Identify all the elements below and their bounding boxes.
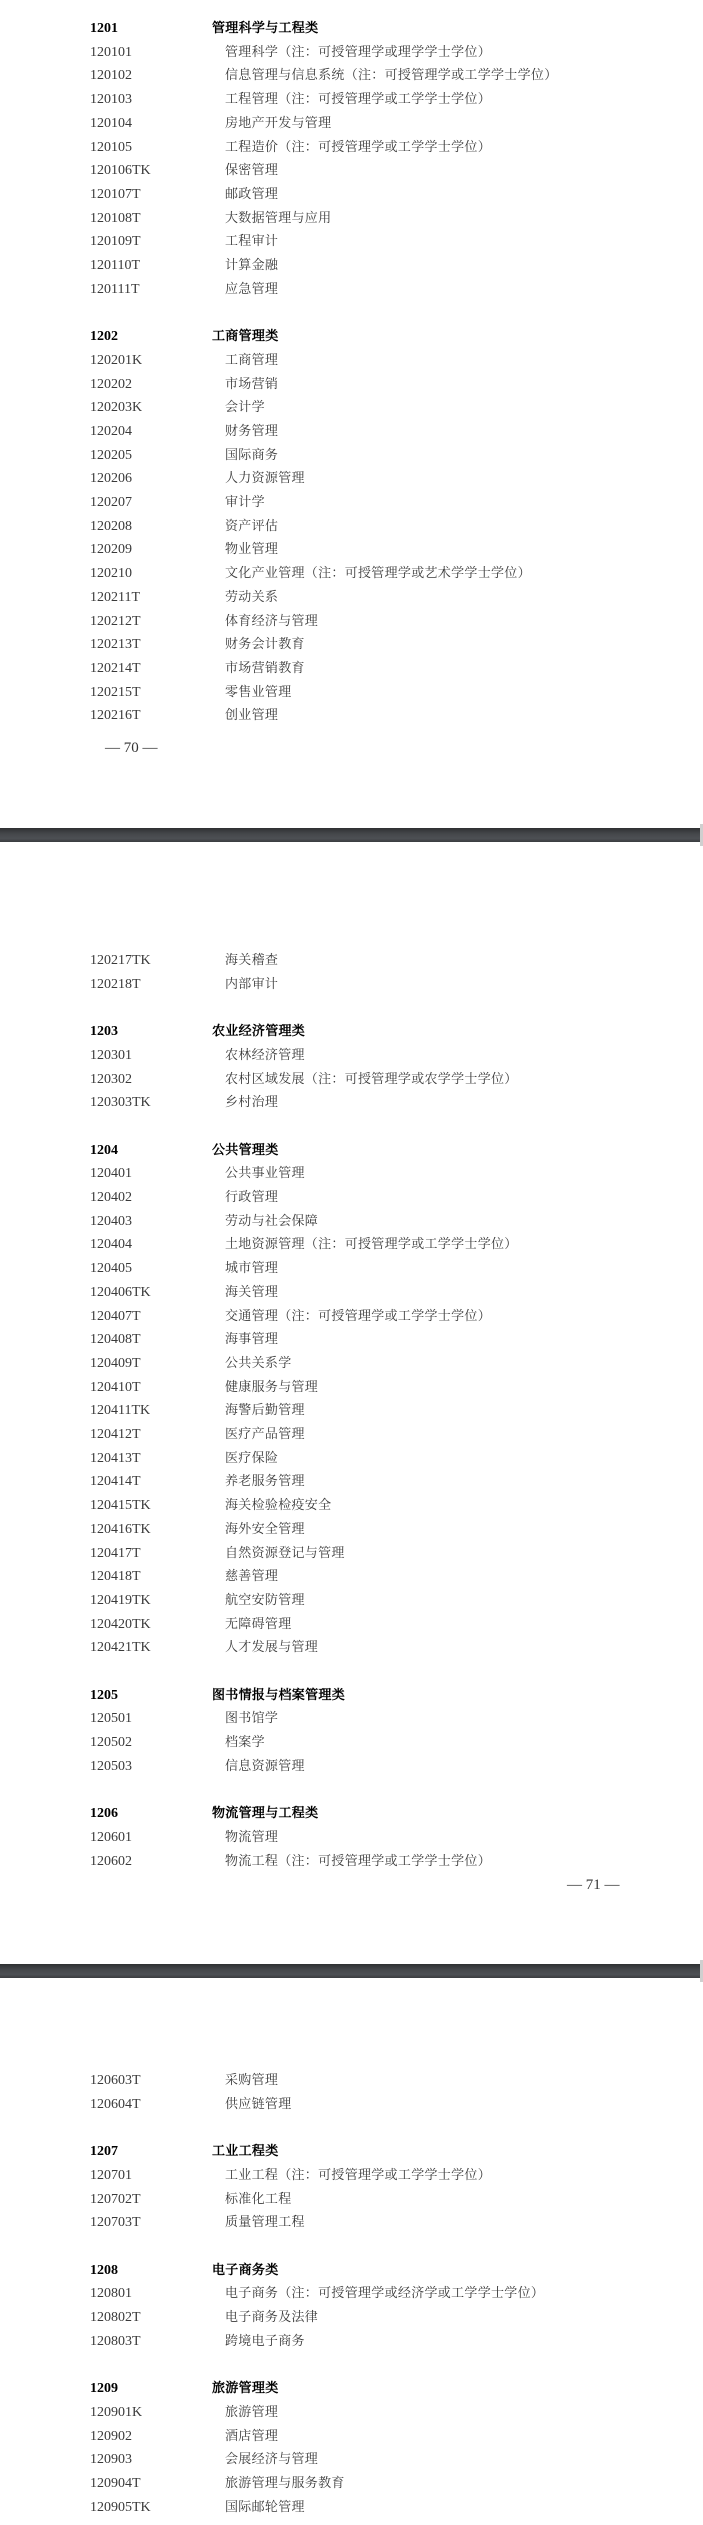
major-row: 120205国际商务 [0,444,703,467]
major-code: 120701 [90,2164,132,2187]
category-header-row: 1201管理科学与工程类 [0,17,703,40]
major-code: 120702T [90,2188,141,2211]
major-row: 120803T跨境电子商务 [0,2330,703,2353]
major-code: 120803T [90,2330,141,2353]
major-row: 120108T大数据管理与应用 [0,207,703,230]
major-name: 慈善管理 [225,1565,278,1588]
major-code: 120412T [90,1423,141,1446]
major-row: 120207审计学 [0,491,703,514]
category-title: 旅游管理类 [212,2377,279,2400]
major-code: 120404 [90,1233,132,1256]
major-code: 120502 [90,1731,132,1754]
category-title: 物流管理与工程类 [212,1802,318,1825]
major-code: 120104 [90,112,132,135]
major-code: 120410T [90,1376,141,1399]
major-row: 120601物流管理 [0,1826,703,1849]
category-title: 工商管理类 [212,325,279,348]
major-code: 120203K [90,396,142,419]
major-row: 120101管理科学（注：可授管理学或理学学士学位） [0,41,703,64]
major-row: 120412T医疗产品管理 [0,1423,703,1446]
major-code: 120901K [90,2401,142,2424]
major-row: 120201K工商管理 [0,349,703,372]
major-row: 120413T医疗保险 [0,1447,703,1470]
category-code: 1204 [90,1139,118,1162]
major-code: 120603T [90,2069,141,2092]
category-header-row: 1207工业工程类 [0,2140,703,2163]
page-number: — 70 — [105,740,158,757]
major-row: 120214T市场营销教育 [0,657,703,680]
major-row: 120110T计算金融 [0,254,703,277]
category-title: 管理科学与工程类 [212,17,318,40]
category-header-row: 1205图书情报与档案管理类 [0,1684,703,1707]
major-code: 120216T [90,704,141,727]
major-code: 120602 [90,1850,132,1873]
major-name: 人力资源管理 [225,467,305,490]
major-name: 无障碍管理 [225,1613,292,1636]
major-code: 120205 [90,444,132,467]
major-name: 工程管理（注：可授管理学或工学学士学位） [225,88,491,111]
major-row: 120416TK海外安全管理 [0,1518,703,1541]
major-code: 120302 [90,1068,132,1091]
major-row: 120107T邮政管理 [0,183,703,206]
major-name: 档案学 [225,1731,265,1754]
major-row: 120904T旅游管理与服务教育 [0,2472,703,2495]
major-row: 120405城市管理 [0,1257,703,1280]
major-name: 跨境电子商务 [225,2330,305,2353]
major-name: 会展经济与管理 [225,2448,318,2471]
major-row: 120303TK乡村治理 [0,1091,703,1114]
major-row: 120407T交通管理（注：可授管理学或工学学士学位） [0,1305,703,1328]
major-code: 120420TK [90,1613,151,1636]
major-name: 人才发展与管理 [225,1636,318,1659]
category-code: 1209 [90,2377,118,2400]
major-code: 120218T [90,973,141,996]
major-row: 120105工程造价（注：可授管理学或工学学士学位） [0,136,703,159]
category-code: 1201 [90,17,118,40]
major-name: 航空安防管理 [225,1589,305,1612]
major-row: 120209物业管理 [0,538,703,561]
major-name: 土地资源管理（注：可授管理学或工学学士学位） [225,1233,518,1256]
major-code: 120108T [90,207,141,230]
major-code: 120403 [90,1210,132,1233]
major-name: 交通管理（注：可授管理学或工学学士学位） [225,1305,491,1328]
major-row: 120502档案学 [0,1731,703,1754]
major-name: 保密管理 [225,159,278,182]
major-code: 120902 [90,2425,132,2448]
major-name: 海关管理 [225,1281,278,1304]
major-code: 120109T [90,230,141,253]
major-name: 公共事业管理 [225,1162,305,1185]
major-name: 物流工程（注：可授管理学或工学学士学位） [225,1850,491,1873]
major-name: 市场营销 [225,373,278,396]
major-code: 120503 [90,1755,132,1778]
major-row: 120202市场营销 [0,373,703,396]
major-code: 120411TK [90,1399,150,1422]
category-header-row: 1204公共管理类 [0,1139,703,1162]
major-row: 120106TK保密管理 [0,159,703,182]
major-row: 120109T工程审计 [0,230,703,253]
major-row: 120111T应急管理 [0,278,703,301]
major-row: 120404土地资源管理（注：可授管理学或工学学士学位） [0,1233,703,1256]
major-name: 市场营销教育 [225,657,305,680]
major-name: 图书馆学 [225,1707,278,1730]
major-name: 信息资源管理 [225,1755,305,1778]
major-row: 120104房地产开发与管理 [0,112,703,135]
major-row: 120403劳动与社会保障 [0,1210,703,1233]
major-row: 120410T健康服务与管理 [0,1376,703,1399]
major-code: 120107T [90,183,141,206]
major-name: 电子商务及法律 [225,2306,318,2329]
major-name: 采购管理 [225,2069,278,2092]
major-name: 电子商务（注：可授管理学或经济学或工学学士学位） [225,2282,544,2305]
page-number: — 71 — [567,1877,620,1894]
major-row: 120208资产评估 [0,515,703,538]
major-row: 120802T电子商务及法律 [0,2306,703,2329]
major-name: 旅游管理 [225,2401,278,2424]
major-row: 120302农村区域发展（注：可授管理学或农学学士学位） [0,1068,703,1091]
major-row: 120411TK海警后勤管理 [0,1399,703,1422]
major-name: 会计学 [225,396,265,419]
major-code: 120417T [90,1542,141,1565]
major-code: 120904T [90,2472,141,2495]
major-name: 劳动关系 [225,586,278,609]
category-code: 1202 [90,325,118,348]
major-code: 120106TK [90,159,151,182]
major-code: 120101 [90,41,132,64]
major-name: 审计学 [225,491,265,514]
major-row: 120420TK无障碍管理 [0,1613,703,1636]
major-code: 120801 [90,2282,132,2305]
major-code: 120212T [90,610,141,633]
category-header-row: 1206物流管理与工程类 [0,1802,703,1825]
major-row: 120212T体育经济与管理 [0,610,703,633]
major-code: 120604T [90,2093,141,2116]
major-row: 120602物流工程（注：可授管理学或工学学士学位） [0,1850,703,1873]
major-code: 120201K [90,349,142,372]
category-title: 农业经济管理类 [212,1020,305,1043]
major-row: 120419TK航空安防管理 [0,1589,703,1612]
major-code: 120211T [90,586,140,609]
major-code: 120110T [90,254,140,277]
major-code: 120210 [90,562,132,585]
major-row: 120406TK海关管理 [0,1281,703,1304]
major-name: 供应链管理 [225,2093,292,2116]
major-name: 酒店管理 [225,2425,278,2448]
major-name: 农村区域发展（注：可授管理学或农学学士学位） [225,1068,518,1091]
category-code: 1208 [90,2259,118,2282]
major-row: 120102信息管理与信息系统（注：可授管理学或工学学士学位） [0,64,703,87]
major-code: 120303TK [90,1091,151,1114]
page-break-separator [0,1964,700,1978]
major-name: 海警后勤管理 [225,1399,305,1422]
major-row: 120903会展经济与管理 [0,2448,703,2471]
major-name: 工业工程（注：可授管理学或工学学士学位） [225,2164,491,2187]
major-row: 120901K旅游管理 [0,2401,703,2424]
major-name: 工商管理 [225,349,278,372]
major-row: 120218T内部审计 [0,973,703,996]
major-name: 体育经济与管理 [225,610,318,633]
major-name: 物业管理 [225,538,278,561]
major-name: 资产评估 [225,515,278,538]
major-name: 大数据管理与应用 [225,207,331,230]
major-code: 120206 [90,467,132,490]
major-row: 120415TK海关检验检疫安全 [0,1494,703,1517]
category-header-row: 1203农业经济管理类 [0,1020,703,1043]
major-code: 120209 [90,538,132,561]
category-header-row: 1208电子商务类 [0,2259,703,2282]
major-row: 120701工业工程（注：可授管理学或工学学士学位） [0,2164,703,2187]
major-row: 120210文化产业管理（注：可授管理学或艺术学学士学位） [0,562,703,585]
major-name: 创业管理 [225,704,278,727]
major-name: 内部审计 [225,973,278,996]
major-name: 质量管理工程 [225,2211,305,2234]
major-code: 120217TK [90,949,151,972]
major-name: 国际商务 [225,444,278,467]
major-code: 120416TK [90,1518,151,1541]
major-name: 医疗保险 [225,1447,278,1470]
major-name: 标准化工程 [225,2188,292,2211]
major-row: 120402行政管理 [0,1186,703,1209]
major-code: 120903 [90,2448,132,2471]
major-code: 120401 [90,1162,132,1185]
major-name: 应急管理 [225,278,278,301]
major-code: 120413T [90,1447,141,1470]
major-row: 120702T标准化工程 [0,2188,703,2211]
major-name: 健康服务与管理 [225,1376,318,1399]
major-name: 管理科学（注：可授管理学或理学学士学位） [225,41,491,64]
major-name: 公共关系学 [225,1352,292,1375]
major-name: 海关检验检疫安全 [225,1494,331,1517]
major-code: 120405 [90,1257,132,1280]
major-row: 120421TK人才发展与管理 [0,1636,703,1659]
major-name: 计算金融 [225,254,278,277]
major-name: 物流管理 [225,1826,278,1849]
category-title: 图书情报与档案管理类 [212,1684,345,1707]
major-code: 120408T [90,1328,141,1351]
major-row: 120103工程管理（注：可授管理学或工学学士学位） [0,88,703,111]
major-name: 养老服务管理 [225,1470,305,1493]
major-name: 医疗产品管理 [225,1423,305,1446]
major-code: 120407T [90,1305,141,1328]
major-row: 120401公共事业管理 [0,1162,703,1185]
major-code: 120301 [90,1044,132,1067]
category-title: 电子商务类 [212,2259,279,2282]
major-name: 农林经济管理 [225,1044,305,1067]
major-name: 文化产业管理（注：可授管理学或艺术学学士学位） [225,562,531,585]
major-row: 120215T零售业管理 [0,681,703,704]
major-row: 120203K会计学 [0,396,703,419]
major-name: 劳动与社会保障 [225,1210,318,1233]
major-row: 120905TK国际邮轮管理 [0,2496,703,2519]
category-title: 工业工程类 [212,2140,279,2163]
major-code: 120414T [90,1470,141,1493]
major-code: 120102 [90,64,132,87]
major-row: 120503信息资源管理 [0,1755,703,1778]
major-row: 120417T自然资源登记与管理 [0,1542,703,1565]
major-name: 海外安全管理 [225,1518,305,1541]
major-name: 行政管理 [225,1186,278,1209]
major-row: 120204财务管理 [0,420,703,443]
major-code: 120406TK [90,1281,151,1304]
major-name: 邮政管理 [225,183,278,206]
major-code: 120204 [90,420,132,443]
major-row: 120409T公共关系学 [0,1352,703,1375]
major-code: 120103 [90,88,132,111]
major-row: 120703T质量管理工程 [0,2211,703,2234]
major-row: 120501图书馆学 [0,1707,703,1730]
major-row: 120217TK海关稽查 [0,949,703,972]
category-header-row: 1202工商管理类 [0,325,703,348]
category-code: 1205 [90,1684,118,1707]
major-code: 120421TK [90,1636,151,1659]
major-row: 120414T养老服务管理 [0,1470,703,1493]
major-name: 房地产开发与管理 [225,112,331,135]
major-row: 120301农林经济管理 [0,1044,703,1067]
major-code: 120215T [90,681,141,704]
major-code: 120419TK [90,1589,151,1612]
major-code: 120214T [90,657,141,680]
major-code: 120213T [90,633,141,656]
category-code: 1203 [90,1020,118,1043]
major-name: 自然资源登记与管理 [225,1542,345,1565]
category-code: 1206 [90,1802,118,1825]
major-code: 120202 [90,373,132,396]
major-row: 120206人力资源管理 [0,467,703,490]
major-name: 乡村治理 [225,1091,278,1114]
major-name: 财务管理 [225,420,278,443]
category-header-row: 1209旅游管理类 [0,2377,703,2400]
major-name: 海事管理 [225,1328,278,1351]
major-name: 城市管理 [225,1257,278,1280]
major-name: 旅游管理与服务教育 [225,2472,345,2495]
major-name: 海关稽查 [225,949,278,972]
major-code: 120601 [90,1826,132,1849]
major-row: 120211T劳动关系 [0,586,703,609]
major-code: 120802T [90,2306,141,2329]
major-name: 财务会计教育 [225,633,305,656]
major-row: 120902酒店管理 [0,2425,703,2448]
major-name: 工程造价（注：可授管理学或工学学士学位） [225,136,491,159]
major-code: 120105 [90,136,132,159]
major-code: 120703T [90,2211,141,2234]
major-code: 120207 [90,491,132,514]
major-row: 120418T慈善管理 [0,1565,703,1588]
major-code: 120402 [90,1186,132,1209]
major-row: 120408T海事管理 [0,1328,703,1351]
page-break-separator [0,828,700,842]
major-name: 国际邮轮管理 [225,2496,305,2519]
major-row: 120603T采购管理 [0,2069,703,2092]
major-code: 120501 [90,1707,132,1730]
major-row: 120213T财务会计教育 [0,633,703,656]
major-code: 120415TK [90,1494,151,1517]
major-row: 120216T创业管理 [0,704,703,727]
major-code: 120111T [90,278,140,301]
major-code: 120208 [90,515,132,538]
major-code: 120418T [90,1565,141,1588]
major-row: 120801电子商务（注：可授管理学或经济学或工学学士学位） [0,2282,703,2305]
major-row: 120604T供应链管理 [0,2093,703,2116]
major-code: 120409T [90,1352,141,1375]
category-title: 公共管理类 [212,1139,279,1162]
major-name: 信息管理与信息系统（注：可授管理学或工学学士学位） [225,64,558,87]
category-code: 1207 [90,2140,118,2163]
major-name: 工程审计 [225,230,278,253]
major-code: 120905TK [90,2496,151,2519]
major-name: 零售业管理 [225,681,292,704]
